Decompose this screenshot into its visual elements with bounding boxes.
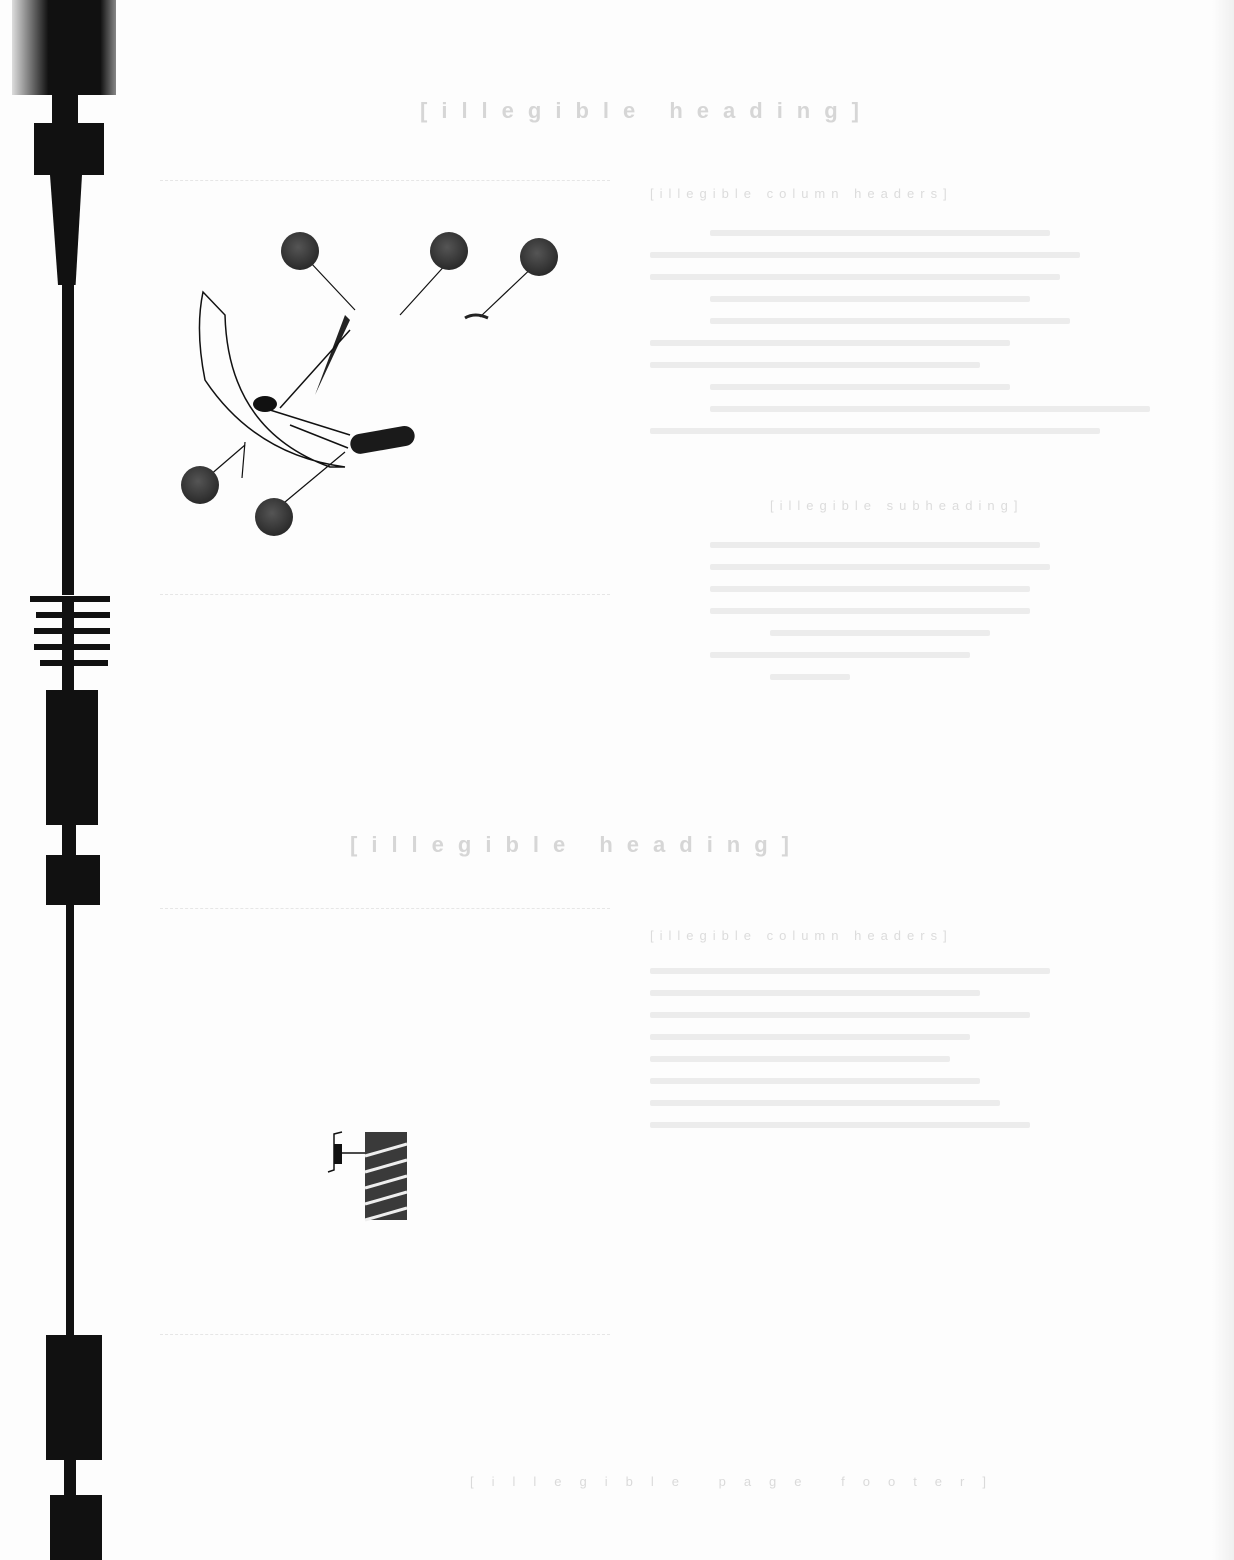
callout-marker: [281, 232, 319, 270]
section1-subtable: [710, 540, 1070, 690]
section1-subheading: [illegible subheading]: [770, 498, 1023, 513]
page-footer: [illegible page footer]: [470, 1474, 1004, 1489]
threaded-rod-figure: [320, 1120, 430, 1230]
callout-marker: [430, 232, 468, 270]
callout-marker: [255, 498, 293, 536]
rule: [160, 180, 610, 182]
section2-table-header: [illegible column headers]: [650, 928, 953, 943]
section1-heading: [illegible heading]: [420, 98, 873, 124]
section2-heading: [illegible heading]: [350, 832, 803, 858]
page-edge-shadow: [1212, 0, 1234, 1560]
callout-marker: [520, 238, 558, 276]
binding-strip: [0, 0, 120, 1560]
rule: [160, 1334, 610, 1336]
rule: [160, 908, 610, 910]
section1-parts-table: [650, 228, 1110, 458]
section1-table-header: [illegible column headers]: [650, 186, 953, 201]
callout-marker: [181, 466, 219, 504]
section2-parts-table: [650, 966, 1070, 1146]
rule: [160, 594, 610, 596]
